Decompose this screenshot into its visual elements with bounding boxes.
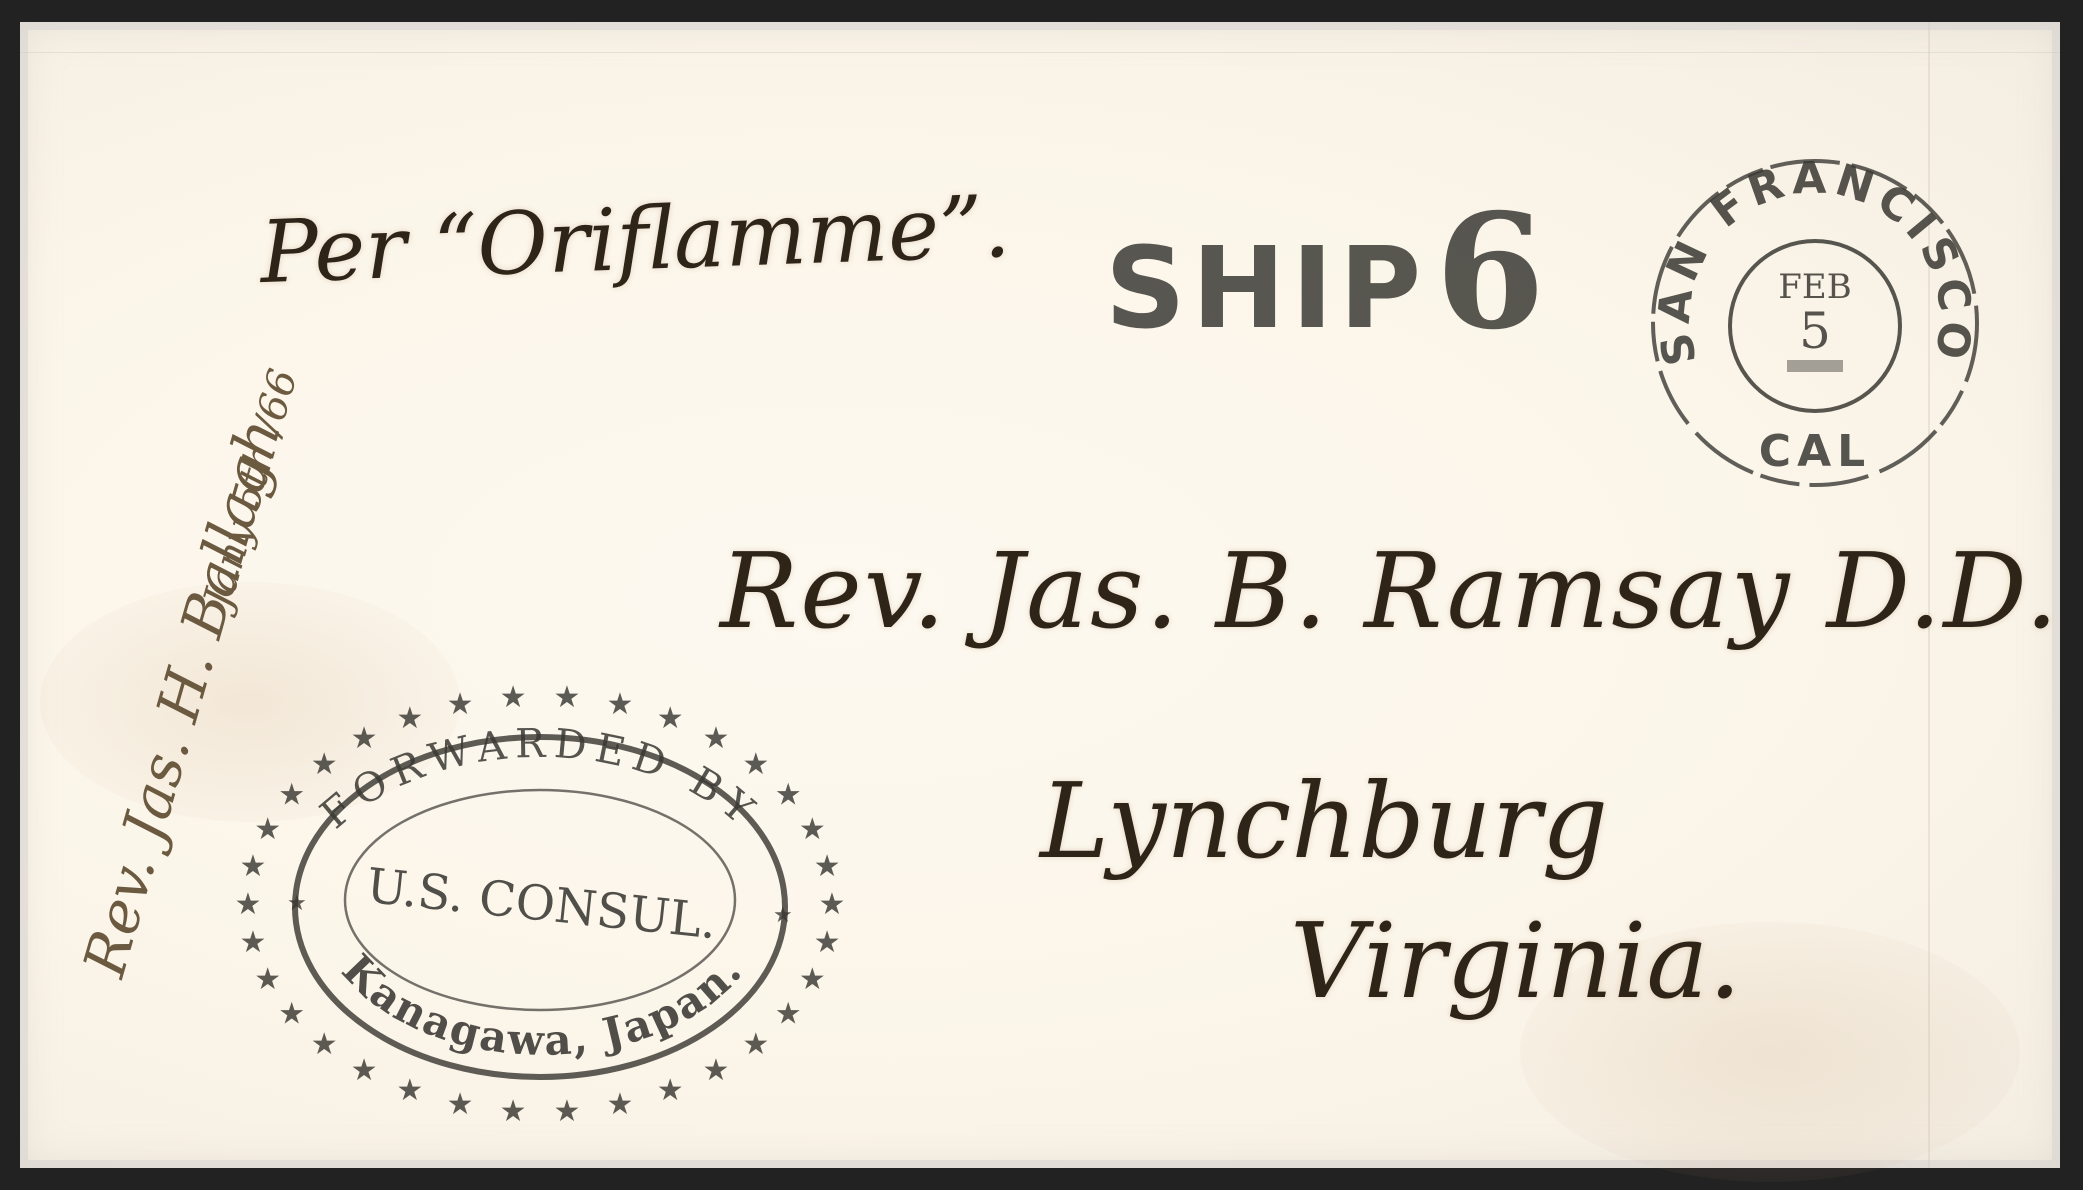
star-icon: ★: [396, 701, 423, 736]
star-icon: ★: [799, 962, 826, 997]
star-icon: ★: [311, 1027, 338, 1062]
star-icon: ★: [553, 680, 580, 715]
star-icon: ★: [775, 996, 802, 1031]
star-icon: ★: [703, 1053, 730, 1088]
star-icon: ★: [819, 887, 846, 922]
star-icon: ★: [240, 849, 267, 884]
star-icon: ★: [240, 925, 267, 960]
star-icon: ★: [703, 721, 730, 756]
star-icon: ★: [447, 1087, 474, 1122]
handstamp-center-text: U.S. CONSUL.: [364, 858, 719, 950]
postmark-state: CAL: [1759, 426, 1871, 477]
star-icon: ★: [657, 701, 684, 736]
san-francisco-postmark: SAN FRANCISCO CAL FEB 5: [1640, 148, 1990, 498]
star-icon: ★: [447, 687, 474, 722]
star-icon: ★: [351, 721, 378, 756]
star-icon: ★: [254, 812, 281, 847]
handstamp-top-text: FORWARDED BY: [312, 721, 768, 838]
postmark-day: 5: [1799, 302, 1831, 360]
ship-word: SHIP: [1105, 224, 1427, 354]
postmark-subtext-smudge: [1787, 360, 1843, 372]
addressee-name: Rev. Jas. B. Ramsay D.D.: [720, 530, 2060, 652]
star-icon: ★: [814, 849, 841, 884]
star-icon: ★: [775, 778, 802, 813]
star-icon: ★: [235, 887, 262, 922]
ship-marking: SHIP6: [1105, 180, 1545, 365]
star-icon: ★: [799, 812, 826, 847]
star-icon: ★: [396, 1073, 423, 1108]
flap-edge: [20, 52, 2060, 53]
addressee-city: Lynchburg: [1040, 760, 1608, 882]
svg-text:FORWARDED BY: FORWARDED BY: [312, 721, 768, 838]
star-icon: ★: [287, 891, 307, 916]
star-icon: ★: [606, 1087, 633, 1122]
postmark-month: FEB: [1778, 267, 1851, 307]
star-icon: ★: [500, 680, 527, 715]
star-icon: ★: [553, 1094, 580, 1127]
star-icon: ★: [278, 996, 305, 1031]
star-icon: ★: [351, 1053, 378, 1088]
star-icon: ★: [657, 1073, 684, 1108]
star-icon: ★: [742, 1027, 769, 1062]
star-icon: ★: [814, 925, 841, 960]
star-icon: ★: [773, 903, 793, 928]
star-icon: ★: [278, 778, 305, 813]
star-icon: ★: [606, 687, 633, 722]
star-icon: ★: [500, 1094, 527, 1127]
star-icon: ★: [742, 747, 769, 782]
addressee-state: Virginia.: [1290, 900, 1741, 1022]
star-icon: ★: [311, 747, 338, 782]
ship-rate: 6: [1435, 180, 1545, 365]
star-icon: ★: [254, 962, 281, 997]
consular-handstamp: ★★★★★★★★★★★★★★★★★★★★★★★★★★★★★★★★★★ FORWA…: [225, 672, 855, 1127]
